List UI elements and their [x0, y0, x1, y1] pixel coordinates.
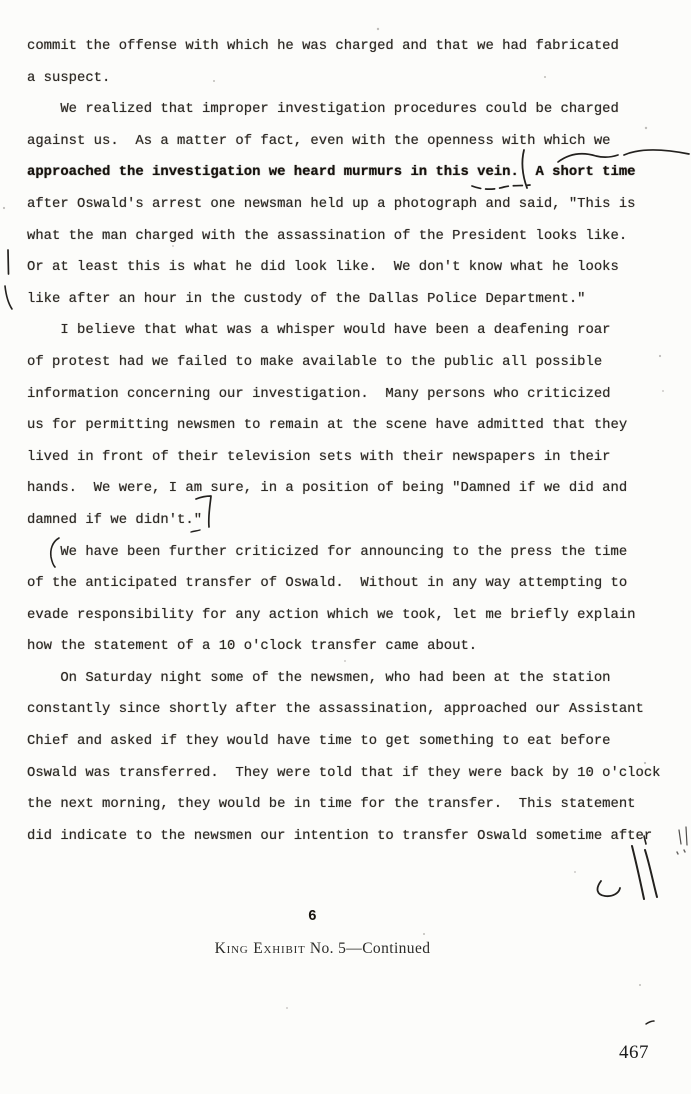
typed-line: On Saturday night some of the newsmen, w…: [27, 663, 687, 695]
typed-line: like after an hour in the custody of the…: [27, 284, 687, 316]
left-margin-tick-1-mark: [8, 250, 9, 274]
typed-line: constantly since shortly after the assas…: [27, 694, 687, 726]
typed-line: evade responsibility for any action whic…: [27, 600, 687, 632]
small-check-near-folio-mark: [646, 1021, 654, 1024]
typed-line: Chief and asked if they would have time …: [27, 726, 687, 758]
typed-line: We realized that improper investigation …: [27, 94, 687, 126]
typed-line: Or at least this is what he did look lik…: [27, 252, 687, 284]
typed-line: commit the offense with which he was cha…: [27, 31, 687, 63]
typed-line: a suspect.: [27, 63, 687, 95]
typed-line: lived in front of their television sets …: [27, 442, 687, 474]
typed-line: against us. As a matter of fact, even wi…: [27, 126, 687, 158]
right-margin-scribble-stroke-2: [645, 850, 657, 897]
typed-page-number: 6: [308, 909, 317, 925]
typed-line: us for permitting newsmen to remain at t…: [27, 410, 687, 442]
scanned-document-page: commit the offense with which he was cha…: [0, 0, 691, 1094]
left-margin-tick-2-mark: [5, 286, 12, 309]
typed-line: the next morning, they would be in time …: [27, 789, 687, 821]
typed-line: of protest had we failed to make availab…: [27, 347, 687, 379]
right-margin-scribble-arc: [598, 881, 620, 896]
typed-line: of the anticipated transfer of Oswald. W…: [27, 568, 687, 600]
folio-page-number: 467: [619, 1042, 649, 1064]
typed-line: what the man charged with the assassinat…: [27, 221, 687, 253]
exhibit-caption-continued: No. 5—Continued: [306, 940, 431, 957]
typed-line: how the statement of a 10 o'clock transf…: [27, 631, 687, 663]
typed-line: after Oswald's arrest one newsman held u…: [27, 189, 687, 221]
typed-line: damned if we didn't.": [27, 505, 687, 537]
typed-line: hands. We were, I am sure, in a position…: [27, 473, 687, 505]
typed-line: information concerning our investigation…: [27, 379, 687, 411]
exhibit-caption: King Exhibit No. 5—Continued: [0, 940, 645, 958]
typed-line: Oswald was transferred. They were told t…: [27, 758, 687, 790]
typed-line: approached the investigation we heard mu…: [27, 157, 687, 189]
typed-letter-body: commit the offense with which he was cha…: [27, 31, 687, 852]
exhibit-caption-title: King Exhibit: [215, 940, 306, 957]
right-margin-scribble-stroke-1: [632, 846, 644, 899]
typed-line: did indicate to the newsmen our intentio…: [27, 821, 687, 853]
typed-line: I believe that what was a whisper would …: [27, 315, 687, 347]
typed-line: We have been further criticized for anno…: [27, 537, 687, 569]
